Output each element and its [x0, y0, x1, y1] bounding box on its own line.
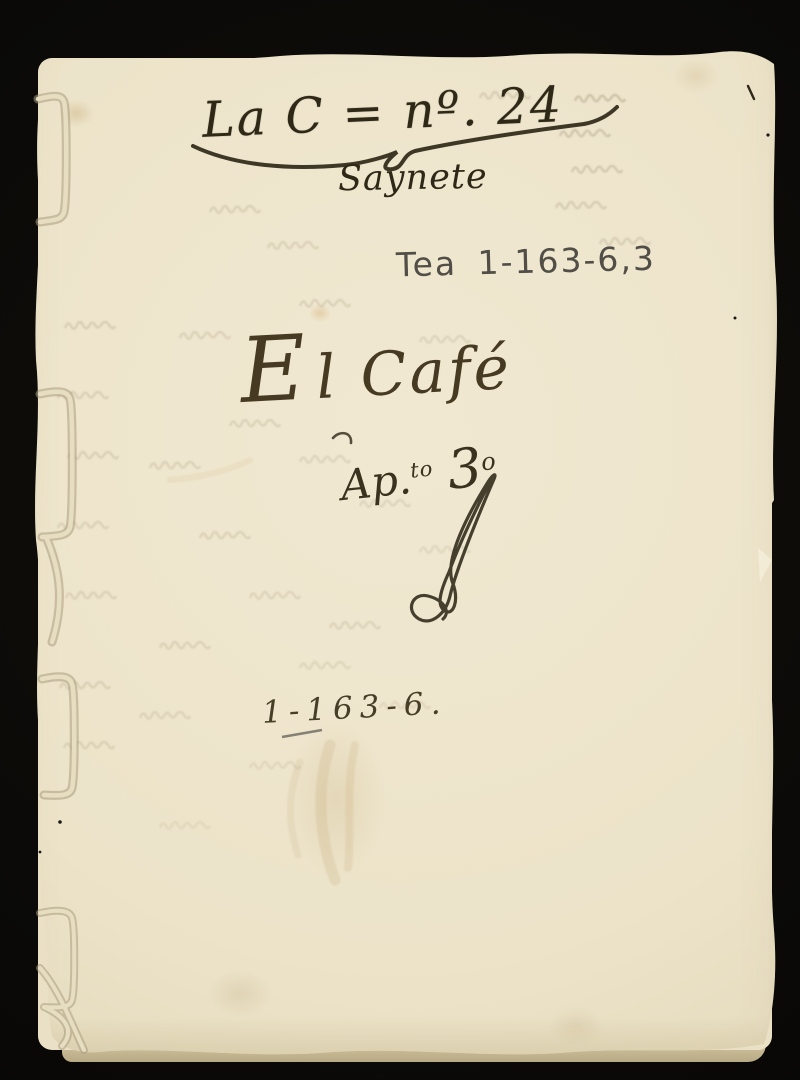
- photograph-background: La C = nº. 24 Saynete Tea 1-163-6,3 El C…: [0, 0, 800, 1080]
- binding-stitch: [40, 911, 84, 1050]
- binding-stitches: [0, 0, 800, 1080]
- binding-stitch: [38, 96, 66, 222]
- binding-stitch: [40, 392, 72, 642]
- binding-stitch: [42, 677, 74, 796]
